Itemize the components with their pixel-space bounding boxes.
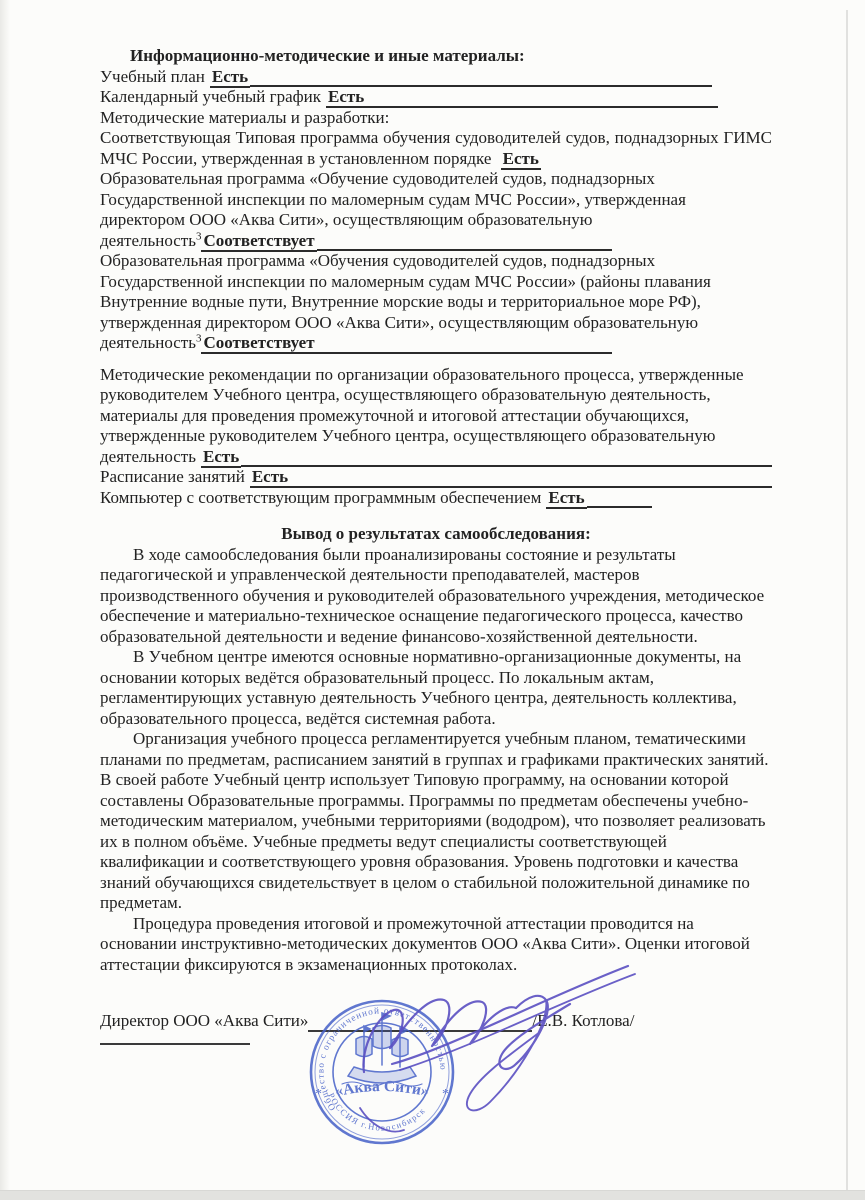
scan-edge-right-line [846, 10, 848, 1190]
field-value: Есть [210, 67, 250, 88]
signature-loops-stroke [363, 999, 516, 1072]
field-metod-rekomendacii-result: деятельностьЕсть [100, 447, 772, 468]
stamp-star-left: * [315, 1087, 322, 1102]
field-label: деятельность [100, 231, 196, 250]
line-metod-materialy: Методические материалы и разработки: [100, 108, 772, 129]
blank-line [587, 506, 652, 508]
field-value: Есть [326, 87, 366, 108]
conclusion-paragraph-3: Организация учебного процесса регламенти… [100, 729, 772, 914]
field-program2-result: деятельность3Соответствует [100, 333, 612, 354]
field-value: Есть [250, 467, 290, 488]
field-label: Учебный план [100, 67, 205, 86]
signature-flourish-stroke [400, 974, 635, 1070]
field-label: деятельность [100, 447, 196, 466]
paragraph-program1: Образовательная программа «Обучение судо… [100, 169, 772, 231]
scan-edge-left-shadow [0, 0, 10, 1200]
paragraph-text: Соответствующая Типовая программа обучен… [100, 128, 772, 168]
paragraph-program2: Образовательная программа «Обучения судо… [100, 251, 772, 333]
field-value: Есть [201, 447, 241, 468]
signature-flourish-stroke [392, 966, 628, 1064]
field-label: Расписание занятий [100, 467, 245, 486]
signatory-title: Директор ООО «Аква Сити» [100, 1011, 308, 1032]
scan-edge-bottom-strip [0, 1190, 865, 1200]
spacer [100, 354, 772, 365]
field-value: Есть [501, 149, 541, 170]
field-raspisanie: Расписание занятийЕсть [100, 467, 772, 488]
paragraph-metod-rekomendacii: Методические рекомендации по организации… [100, 365, 772, 447]
blank-line [241, 465, 772, 467]
handwritten-signature [330, 952, 660, 1152]
field-value: Есть [546, 488, 586, 509]
blank-signature-line [100, 1043, 250, 1045]
conclusion-paragraph-2: В Учебном центре имеются основные нормат… [100, 647, 772, 729]
field-label: Компьютер с соответствующим программным … [100, 488, 541, 507]
signature-hook-stroke [360, 1108, 404, 1132]
field-label: Календарный учебный график [100, 87, 321, 106]
document-page: Информационно-методические и иные матери… [100, 46, 772, 1045]
field-value: Соответствует [201, 231, 316, 252]
blank-line [317, 352, 612, 354]
conclusion-heading: Вывод о результатах самообследования: [100, 524, 772, 545]
field-label: деятельность [100, 333, 196, 352]
field-uchebny-plan: Учебный планЕсть [100, 67, 712, 88]
field-kalendarny-grafik: Календарный учебный графикЕсть [100, 87, 718, 108]
field-computer: Компьютер с соответствующим программным … [100, 488, 652, 509]
blank-line [366, 106, 718, 108]
paragraph-tipovaya: Соответствующая Типовая программа обучен… [100, 128, 772, 169]
field-program1-result: деятельность3Соответствует [100, 231, 612, 252]
section-title: Информационно-методические и иные матери… [100, 46, 772, 67]
conclusion-paragraph-1: В ходе самообследования были проанализир… [100, 545, 772, 648]
field-value: Соответствует [201, 333, 316, 354]
